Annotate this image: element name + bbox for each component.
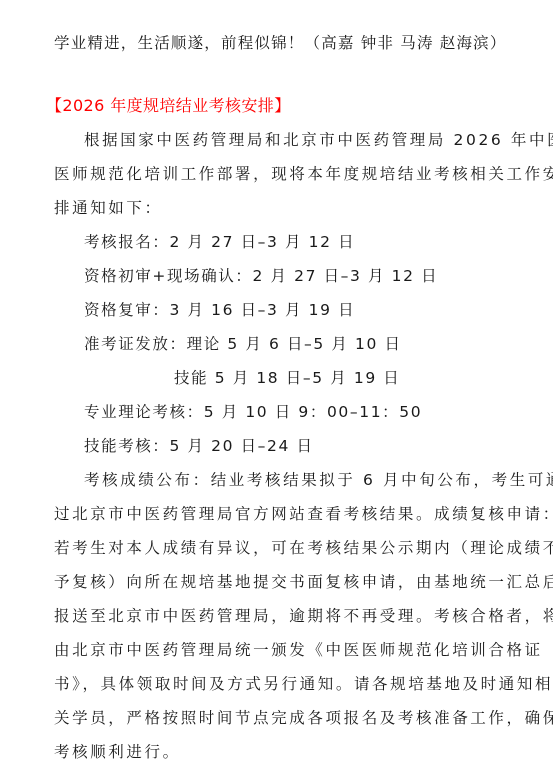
schedule-item-re-review: 资格复审：3 月 16 日–3 月 19 日 — [84, 300, 355, 320]
schedule-value: 5 月 10 日 9：00–11：50 — [204, 403, 422, 421]
schedule-label: 考核报名： — [84, 233, 170, 251]
results-line: 考核成绩公布：结业考核结果拟于 6 月中旬公布，考生可通 — [84, 470, 553, 490]
results-line: 过北京市中医药管理局官方网站查看考核结果。成绩复核申请： — [54, 504, 553, 524]
results-line: 关学员，严格按照时间节点完成各项报名及考核准备工作，确保 — [54, 708, 553, 728]
schedule-label: 资格初审+现场确认： — [84, 267, 253, 285]
schedule-value: 2 月 27 日–3 月 12 日 — [253, 267, 439, 285]
schedule-label: 准考证发放： — [84, 335, 187, 353]
intro-line: 医师规范化培训工作部署，现将本年度规培结业考核相关工作安 — [54, 164, 553, 184]
schedule-item-registration: 考核报名：2 月 27 日–3 月 12 日 — [84, 232, 355, 252]
schedule-item-admission-ticket-skills: 技能 5 月 18 日–5 月 19 日 — [174, 368, 400, 388]
intro-line: 根据国家中医药管理局和北京市中医药管理局 2026 年中医 — [84, 130, 553, 150]
schedule-value: 理论 5 月 6 日–5 月 10 日 — [187, 335, 402, 353]
results-line: 予复核）向所在规培基地提交书面复核申请，由基地统一汇总后 — [54, 572, 553, 592]
schedule-item-theory-exam: 专业理论考核：5 月 10 日 9：00–11：50 — [84, 402, 422, 422]
results-line: 由北京市中医药管理局统一颁发《中医医师规范化培训合格证 — [54, 640, 543, 660]
schedule-label: 资格复审： — [84, 301, 170, 319]
schedule-value: 5 月 20 日–24 日 — [170, 437, 314, 455]
schedule-value: 2 月 27 日–3 月 12 日 — [170, 233, 356, 251]
schedule-item-skills-exam: 技能考核：5 月 20 日–24 日 — [84, 436, 314, 456]
schedule-item-admission-ticket: 准考证发放：理论 5 月 6 日–5 月 10 日 — [84, 334, 402, 354]
intro-line: 排通知如下： — [54, 198, 163, 218]
schedule-value: 3 月 16 日–3 月 19 日 — [170, 301, 356, 319]
document-page: 学业精进，生活顺遂，前程似锦！（高嘉 钟非 马涛 赵海滨） 【2026 年度规培… — [0, 0, 553, 764]
results-line: 书》，具体领取时间及方式另行通知。请各规培基地及时通知相 — [54, 674, 553, 694]
results-line: 报送至北京市中医药管理局，逾期将不再受理。考核合格者，将 — [54, 606, 553, 626]
closing-line: 学业精进，生活顺遂，前程似锦！（高嘉 钟非 马涛 赵海滨） — [54, 33, 507, 53]
results-line: 考核顺利进行。 — [54, 742, 181, 762]
schedule-item-initial-review: 资格初审+现场确认：2 月 27 日–3 月 12 日 — [84, 266, 438, 286]
schedule-label: 专业理论考核： — [84, 403, 204, 421]
results-line: 若考生对本人成绩有异议，可在考核结果公示期内（理论成绩不 — [54, 538, 553, 558]
schedule-value: 技能 5 月 18 日–5 月 19 日 — [174, 369, 400, 387]
section-heading: 【2026 年度规培结业考核安排】 — [46, 96, 291, 116]
schedule-label: 技能考核： — [84, 437, 170, 455]
